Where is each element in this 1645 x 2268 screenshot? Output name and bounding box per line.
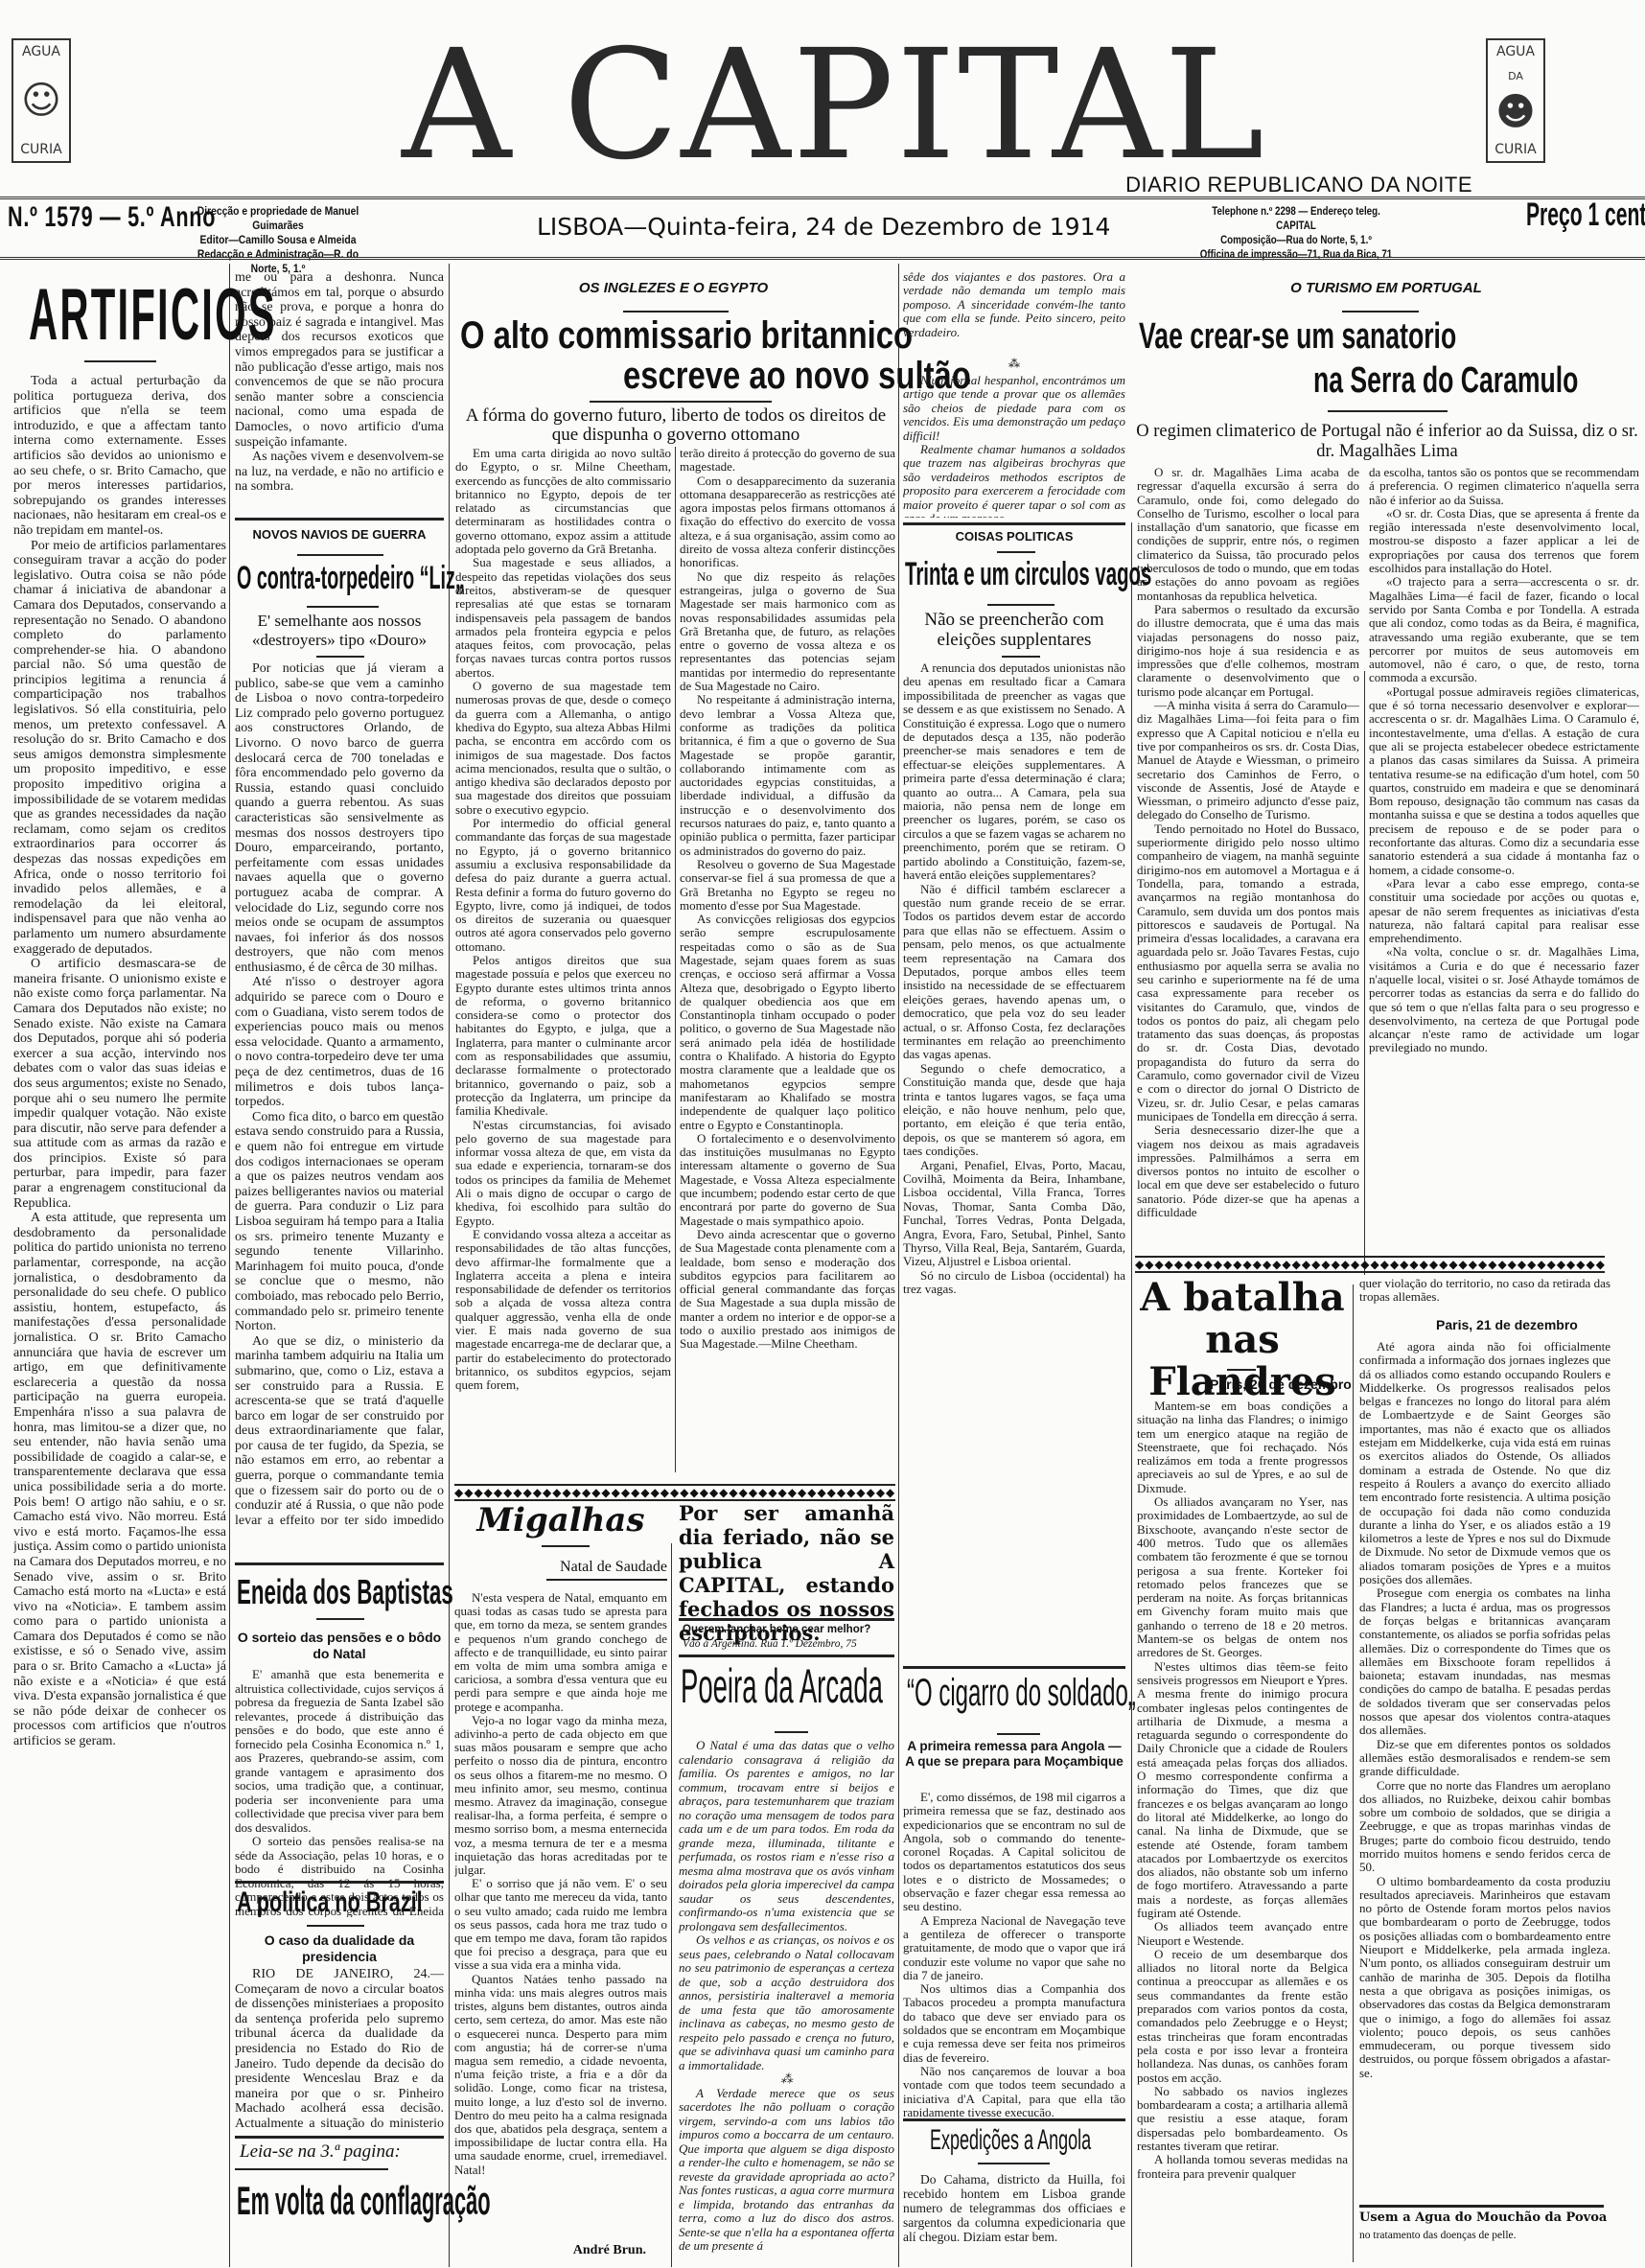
divider — [1227, 1369, 1256, 1371]
paragraph: «O sr. dr. Costa Dias, que se apresenta … — [1369, 507, 1639, 575]
column-divider — [898, 264, 899, 2267]
circulos-kicker: COISAS POLITICAS — [903, 529, 1125, 544]
turismo-kicker: O TURISMO EM PORTUGAL — [1137, 280, 1635, 296]
paragraph: Mantem-se em boas condições a situação n… — [1137, 1400, 1348, 1495]
turismo-col1: O sr. dr. Magalhães Lima acaba de regres… — [1137, 466, 1359, 1257]
batalha-dateline-1: Paris, 20 de dezembro — [1210, 1377, 1352, 1392]
divider — [978, 2163, 1050, 2164]
paragraph: Toda a actual perturbação da politica po… — [13, 374, 226, 539]
divider — [997, 1733, 1040, 1735]
paragraph: me ou para a deshonra. Nunca acreditámos… — [235, 270, 444, 450]
paragraph: Segundo o chefe democratico, a Constitui… — [903, 1062, 1125, 1159]
paragraph: Sua magestade e seus alliados, a despeit… — [455, 556, 671, 680]
migalhas-section: Natal de Saudade — [546, 1559, 667, 1581]
paragraph: Os velhos e as crianças, os noivos e os … — [679, 1933, 894, 2072]
paragraph: Resolveu o governo de Sua Magestade cons… — [680, 858, 895, 913]
batalha-col2: Até agora ainda não foi officialmente co… — [1359, 1340, 1610, 2145]
paragraph: Como fica dito, o barco em questão estav… — [235, 1110, 444, 1334]
batalha-col2-top: quer violação do territorio, no caso da … — [1359, 1277, 1610, 1308]
divider — [235, 518, 444, 521]
cigarro-deck: A primeira remessa para Angola —A que se… — [903, 1739, 1125, 1770]
turismo-deck: O regimen climaterico de Portugal não é … — [1135, 422, 1639, 462]
divider — [903, 522, 1125, 525]
angola-headline: Expedições a Angola — [930, 2124, 1091, 2157]
paragraph: N'estas circumstancias, foi avisado pelo… — [455, 1119, 671, 1228]
contacts-block: Telephone n.º 2298 — Endereço teleg. CAP… — [1198, 205, 1394, 263]
circulos-body: A renuncia dos deputados unionistas não … — [903, 661, 1125, 1620]
divider — [307, 606, 379, 608]
paragraph: O sr. dr. Magalhães Lima acaba de regres… — [1137, 466, 1359, 603]
batalha-dateline-2: Paris, 21 de dezembro — [1436, 1317, 1578, 1332]
egypto-kicker: OS INGLEZES E O EGYPTO — [455, 280, 892, 296]
eneida-body: E' amanhã que esta benemerita e altruist… — [235, 1668, 444, 1917]
navios-headline: O contra-torpedeiro “Liz„ — [237, 560, 465, 597]
portrait-icon: ☻ — [1495, 93, 1536, 131]
paragraph: Argani, Penafiel, Elvas, Porto, Macau, C… — [903, 1159, 1125, 1269]
cigarro-body: E', como dissémos, de 198 mil cigarros a… — [903, 1791, 1125, 2117]
paragraph: Prosegue com energia os combates na linh… — [1359, 1586, 1610, 1737]
egypto-headline-1: O alto commissario britannico — [460, 314, 913, 358]
paragraph: «O trajecto para a serra—accrescenta o s… — [1369, 575, 1639, 684]
angola-body: Do Cahama, districto da Huilla, foi rece… — [903, 2172, 1125, 2249]
cigarro-headline: “O cigarro do soldado„ — [907, 1672, 1136, 1715]
turismo-headline-2: na Serra do Caramulo — [1313, 360, 1578, 402]
column-divider — [671, 1543, 672, 2267]
divider — [307, 1925, 364, 1927]
paragraph: Do Cahama, districto da Huilla, foi rece… — [903, 2172, 1125, 2244]
turismo-col2: da escolha, tantos são os pontos que se … — [1369, 466, 1639, 1257]
direction-line: Direcção e propriedade de Manuel Guimarã… — [192, 205, 364, 234]
eneida-deck: O sorteio das pensões e o bôdo do Natal — [235, 1630, 444, 1662]
paragraph: Quantos Natáes tenho passado na minha vi… — [454, 1973, 667, 2177]
navios-deck: E' semelhante aos nossos «destroyers» ti… — [235, 612, 444, 650]
sede-para-2: N'um jornal hespanhol, encontrámos um ar… — [903, 374, 1125, 518]
paragraph: E convidando vossa alteza a acceitar as … — [455, 1228, 671, 1393]
paragraph: Não é difficil também esclarecer a quest… — [903, 883, 1125, 1062]
argentina-line1: Querem lanchar beme cear melhor? — [683, 1624, 895, 1635]
paragraph: —A minha visita á serra do Caramulo—diz … — [1137, 699, 1359, 822]
paragraph: N'esta vespera de Natal, emquanto em qua… — [454, 1591, 667, 1714]
eneida-headline: Eneida dos Baptistas — [237, 1572, 453, 1612]
sede-para-1: sêde dos viajantes e dos pastores. Ora a… — [903, 270, 1125, 357]
leia-label: Leia-se na 3.ª pagina: — [240, 2141, 401, 2163]
circulos-headline: Trinta e um circulos vagos — [905, 556, 1151, 593]
vignette-text: AGUA — [1496, 44, 1535, 59]
migalhas-signature: André Brun. — [454, 2243, 646, 2258]
divider — [297, 554, 383, 556]
contact-line: Officina de impressão—71, Rua da Bica, 7… — [1198, 248, 1394, 263]
circulos-deck: Não se preencherão com eleições supplent… — [903, 610, 1125, 650]
asterism: ⁂ — [679, 2072, 894, 2087]
navios-body: Por noticias que já vieram a publico, sa… — [235, 661, 444, 1524]
divider — [1002, 656, 1040, 658]
paragraph: As convicções religiosas dos egypcios se… — [680, 913, 895, 1132]
brazil-headline: A politica no Brazil — [237, 1886, 423, 1919]
divider — [235, 1562, 444, 1565]
paragraph: N'um jornal hespanhol, encontrámos um ar… — [903, 374, 1125, 443]
divider — [235, 2136, 444, 2139]
dateline: LISBOA—Quinta-feira, 24 de Dezembro de 1… — [537, 213, 1110, 241]
ornamental-band: ◆◆◆◆◆◆◆◆◆◆◆◆◆◆◆◆◆◆◆◆◆◆◆◆◆◆◆◆◆◆◆◆◆◆◆◆◆◆◆◆… — [1135, 1256, 1605, 1273]
brazil-deck: O caso da dualidade da presidencia — [235, 1932, 444, 1965]
paragraph: O receio de um desembarque dos alliados … — [1137, 1948, 1348, 2085]
ornamental-band: ◆◆◆◆◆◆◆◆◆◆◆◆◆◆◆◆◆◆◆◆◆◆◆◆◆◆◆◆◆◆◆◆◆◆◆◆◆◆◆◆… — [454, 1484, 895, 1501]
paragraph: O artificio desmascara-se de maneira fri… — [13, 957, 226, 1211]
paragraph: Corre que no norte das Flandres um aerop… — [1359, 1779, 1610, 1875]
paragraph: No sabbado os navios inglezes bombardear… — [1137, 2085, 1348, 2153]
right-vignette: AGUA DA ☻ CURIA — [1486, 38, 1545, 163]
egypto-col1: Em uma carta dirigida ao novo sultão do … — [455, 447, 671, 1463]
paragraph: Realmente chamar humanos a soldados que … — [903, 443, 1125, 518]
divider — [679, 1618, 894, 1621]
paragraph: O Natal é uma das datas que o velho cale… — [679, 1739, 894, 1933]
paragraph: quer violação do territorio, no caso da … — [1359, 1277, 1610, 1305]
left-vignette: AGUA ☺ CURIA — [12, 38, 71, 163]
paragraph: Os alliados teem avançado entre Nieuport… — [1137, 1920, 1348, 1948]
paragraph: A hollanda tomou severas medidas na fron… — [1137, 2153, 1348, 2181]
paragraph: E' amanhã que esta benemerita e altruist… — [235, 1668, 444, 1835]
divider — [623, 311, 729, 312]
divider — [775, 1731, 808, 1733]
paragraph: Vejo-a no logar vago da minha meza, adiv… — [454, 1714, 667, 1877]
artificios-col1: Toda a actual perturbação da politica po… — [13, 374, 226, 2262]
migalhas-headline: Migalhas — [454, 1501, 667, 1539]
agua-advert-line: no tratamento das doenças de pelle. — [1359, 2230, 1517, 2241]
vignette-text: AGUA — [22, 44, 60, 59]
poeira-body: O Natal é uma das datas que o velho cale… — [679, 1739, 894, 2256]
divider — [316, 656, 364, 658]
paragraph: Diz-se que em diferentes pontos os solda… — [1359, 1738, 1610, 1779]
divider — [235, 2168, 388, 2170]
divider — [903, 2118, 1125, 2121]
contact-line: Telephone n.º 2298 — Endereço teleg. CAP… — [1198, 205, 1394, 234]
divider — [1359, 2205, 1604, 2208]
paragraph: da escolha, tantos são os pontos que se … — [1369, 466, 1639, 507]
divider — [1342, 311, 1419, 312]
divider — [903, 1666, 1125, 1669]
direction-block: Direcção e propriedade de Manuel Guimarã… — [192, 205, 364, 277]
paragraph: Não nos cançaremos de louvar a boa vonta… — [903, 2065, 1125, 2117]
paragraph: Para sabermos o resultado da excursão do… — [1137, 603, 1359, 699]
argentina-line2: Vão á Argentina. Rua 1.º Dezembro, 75 — [683, 1638, 895, 1650]
column-divider — [229, 264, 230, 2267]
paragraph: A renuncia dos deputados unionistas não … — [903, 661, 1125, 883]
paragraph: A Empreza Nacional de Navegação teve a g… — [903, 1914, 1125, 1982]
column-divider — [1131, 522, 1132, 2267]
paragraph: No respeitante á administração interna, … — [680, 693, 895, 858]
turismo-headline-1: Vae crear-se um sanatorio — [1139, 316, 1456, 358]
egypto-deck: A fórma do governo futuro, liberto de to… — [455, 406, 896, 445]
paragraph: O ultimo bombardeamento da costa produzi… — [1359, 1875, 1610, 2080]
paragraph: Até n'isso o destroyer agora adquirido s… — [235, 975, 444, 1109]
paragraph: As nações vivem e desenvolvem-se na luz,… — [235, 450, 444, 495]
vignette-text: DA — [1508, 70, 1523, 82]
paragraph: E', como dissémos, de 198 mil cigarros a… — [903, 1791, 1125, 1914]
column-divider — [1364, 671, 1365, 1275]
dateline-rule — [0, 257, 1645, 260]
leia-headline[interactable]: Em volta da conflagração — [237, 2178, 491, 2224]
paragraph: N'estes ultimos dias têem-se feito sensi… — [1137, 1660, 1348, 1921]
migalhas-body: N'esta vespera de Natal, emquanto em qua… — [454, 1591, 667, 2205]
direction-line: Editor—Camillo Sousa e Almeida — [192, 234, 364, 248]
poeira-headline: Poeira da Arcada — [681, 1658, 883, 1714]
paragraph: O governo de sua magestade tem numerosas… — [455, 680, 671, 817]
paragraph: A esta attitude, que representa um desdo… — [13, 1211, 226, 1748]
paragraph: RIO DE JANEIRO, 24.—Começaram de novo a … — [235, 1967, 444, 2130]
divider — [1328, 410, 1448, 412]
vignette-text: CURIA — [20, 142, 61, 157]
paragraph: sêde dos viajantes e dos pastores. Ora a… — [903, 270, 1125, 339]
column-divider — [675, 447, 676, 1472]
brazil-body: RIO DE JANEIRO, 24.—Começaram de novo a … — [235, 1967, 444, 2130]
paragraph: Pelos antigos direitos que sua magestade… — [455, 954, 671, 1119]
paragraph: «Portugal possue admiraveis regiões clim… — [1369, 685, 1639, 877]
paragraph: terão direito á protecção do governo de … — [680, 447, 895, 474]
paragraph: Seria desnecessario dizer-lhe que a viag… — [1137, 1123, 1359, 1219]
paragraph: «Na volta, conclue o sr. dr. Magalhães L… — [1369, 945, 1639, 1054]
asterism: ⁂ — [903, 357, 1125, 371]
vignette-text: CURIA — [1494, 142, 1536, 157]
batalha-col1: Mantem-se em boas condições a situação n… — [1137, 1400, 1348, 2257]
paragraph: Por meio de artificios parlamentares con… — [13, 539, 226, 958]
paragraph: Com o desapparecimento da suzerania otto… — [680, 474, 895, 570]
paragraph: Só no circulo de Lisboa (occidental) ha … — [903, 1269, 1125, 1297]
divider — [987, 604, 1054, 606]
egypto-col2: terão direito á protecção do governo de … — [680, 447, 895, 1463]
paragraph: «Para levar a cabo esse emprego, conta-s… — [1369, 877, 1639, 945]
artificios-col2: me ou para a deshonra. Nunca acreditámos… — [235, 270, 444, 500]
paragraph: Ao que se diz, o ministerio da marinha t… — [235, 1334, 444, 1524]
divider — [590, 401, 772, 403]
issue-number: N.º 1579 — 5.º Anno — [8, 201, 216, 234]
paragraph: Os alliados avançaram no Yser, nas proxi… — [1137, 1495, 1348, 1660]
agua-advert-headline: Usem a Agua do Mouchão da Povoa — [1359, 2210, 1607, 2225]
paragraph: Tendo pernoitado no Hotel do Bussaco, su… — [1137, 822, 1359, 1124]
portrait-icon: ☺ — [21, 81, 61, 120]
navios-kicker: NOVOS NAVIOS DE GUERRA — [235, 527, 444, 542]
paragraph: Por noticias que já vieram a publico, sa… — [235, 661, 444, 975]
divider — [316, 1618, 364, 1620]
divider — [542, 1545, 590, 1547]
divider — [84, 360, 156, 362]
paragraph: Nos ultimos dias a Companhia dos Tabacos… — [903, 1982, 1125, 2065]
paragraph: No que diz respeito ás relações estrange… — [680, 570, 895, 694]
divider — [997, 551, 1035, 553]
contact-line: Composição—Rua do Norte, 5, 1.º — [1198, 234, 1394, 248]
column-divider — [1353, 1284, 1354, 2262]
paragraph: E' o sorriso que já não vem. E' o seu ol… — [454, 1877, 667, 1972]
paragraph: Até agora ainda não foi officialmente co… — [1359, 1340, 1610, 1586]
newspaper-subtitle: DIARIO REPUBLICANO DA NOITE — [1125, 173, 1472, 197]
paragraph: Por intermedio do official general comma… — [455, 817, 671, 954]
paragraph: A Verdade merece que os seus sacerdotes … — [679, 2087, 894, 2254]
divider — [235, 1881, 444, 1884]
batalha-headline-line: A batalha — [1135, 1277, 1350, 1319]
newspaper-title: A CAPITAL — [201, 29, 1467, 182]
masthead-rule — [0, 197, 1645, 199]
paragraph: O fortalecimento e o desenvolvimento das… — [680, 1132, 895, 1228]
paragraph: Devo ainda acrescentar que o governo de … — [680, 1228, 895, 1352]
divider — [679, 1655, 894, 1657]
price: Preço 1 centavo — [1526, 197, 1645, 234]
paragraph: Em uma carta dirigida ao novo sultão do … — [455, 447, 671, 556]
